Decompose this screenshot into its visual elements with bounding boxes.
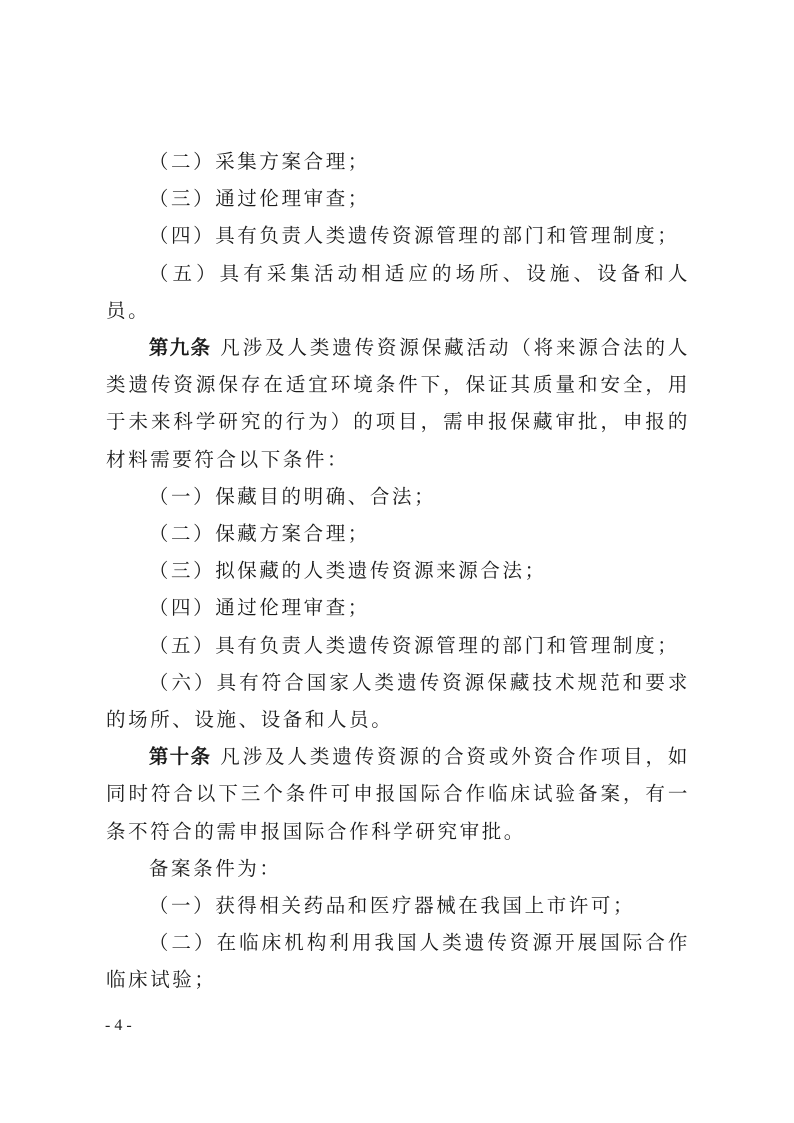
list-item-market-approval: （一）获得相关药品和医疗器械在我国上市许可； <box>106 887 690 924</box>
paragraph-text: （五）具有采集活动相适应的场所、设施、设备和人员。 <box>106 262 690 322</box>
list-item-storage-ethics: （四）通过伦理审查； <box>106 589 690 626</box>
article-heading: 第十条 <box>149 745 211 768</box>
paragraph-text: （二）采集方案合理； <box>149 150 370 173</box>
list-item-storage-dept: （五）具有负责人类遗传资源管理的部门和管理制度； <box>106 627 690 664</box>
list-item-storage-plan: （二）保藏方案合理； <box>106 515 690 552</box>
paragraph-text: （二）在临床机构利用我国人类遗传资源开展国际合作临床试验； <box>106 931 690 991</box>
filing-conditions-label: 备案条件为： <box>106 850 690 887</box>
paragraph-text: （四）具有负责人类遗传资源管理的部门和管理制度； <box>149 224 679 247</box>
list-item-storage-source: （三）拟保藏的人类遗传资源来源合法； <box>106 552 690 589</box>
list-item-ethics-review: （三）通过伦理审查； <box>106 180 690 217</box>
article-heading: 第九条 <box>149 336 211 359</box>
document-body: （二）采集方案合理； （三）通过伦理审查； （四）具有负责人类遗传资源管理的部门… <box>106 143 690 999</box>
list-item-collect-plan: （二）采集方案合理； <box>106 143 690 180</box>
article-9: 第九条 凡涉及人类遗传资源保藏活动（将来源合法的人类遗传资源保存在适宜环境条件下… <box>106 329 690 478</box>
list-item-collect-facilities: （五）具有采集活动相适应的场所、设施、设备和人员。 <box>106 255 690 329</box>
paragraph-text: （三）通过伦理审查； <box>149 187 370 210</box>
paragraph-text: （二）保藏方案合理； <box>149 522 370 545</box>
list-item-management-dept: （四）具有负责人类遗传资源管理的部门和管理制度； <box>106 217 690 254</box>
list-item-storage-facilities: （六）具有符合国家人类遗传资源保藏技术规范和要求的场所、设施、设备和人员。 <box>106 664 690 738</box>
paragraph-text: 备案条件为： <box>149 857 282 880</box>
paragraph-text: （三）拟保藏的人类遗传资源来源合法； <box>149 559 547 582</box>
paragraph-text: （一）获得相关药品和医疗器械在我国上市许可； <box>149 894 635 917</box>
article-10: 第十条 凡涉及人类遗传资源的合资或外资合作项目，如同时符合以下三个条件可申报国际… <box>106 738 690 850</box>
paragraph-text: （四）通过伦理审查； <box>149 596 370 619</box>
paragraph-text: （一）保藏目的明确、合法； <box>149 485 436 508</box>
paragraph-text: （六）具有符合国家人类遗传资源保藏技术规范和要求的场所、设施、设备和人员。 <box>106 671 690 731</box>
list-item-clinical-trial: （二）在临床机构利用我国人类遗传资源开展国际合作临床试验； <box>106 924 690 998</box>
page-number: - 4 - <box>105 1017 132 1035</box>
paragraph-text: （五）具有负责人类遗传资源管理的部门和管理制度； <box>149 634 679 657</box>
list-item-storage-purpose: （一）保藏目的明确、合法； <box>106 478 690 515</box>
